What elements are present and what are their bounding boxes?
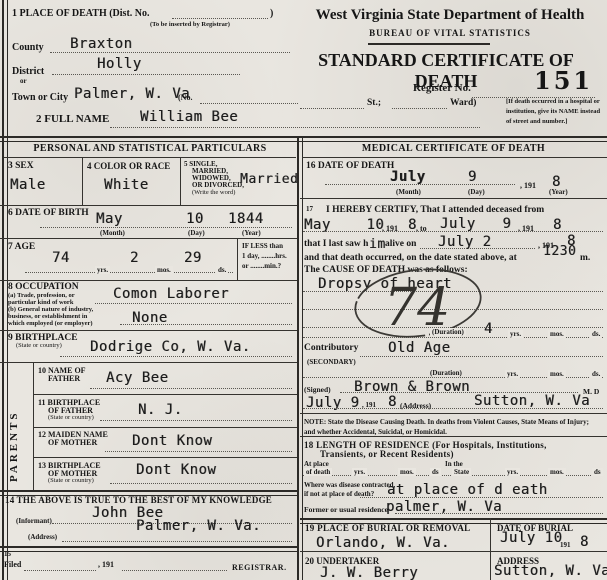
district-label: District: [12, 66, 44, 77]
dotted-line: [40, 227, 292, 228]
street-caption: St.;: [367, 98, 381, 108]
dod-191-caption: , 191: [520, 181, 536, 190]
dotted-line: [392, 108, 447, 109]
dotted-line: [105, 451, 292, 452]
occupation-a-value: Comon Laborer: [113, 286, 229, 302]
age-label: 7 AGE: [8, 242, 35, 252]
dotted-line: [303, 231, 603, 232]
occurred-time-value: 1230: [543, 244, 576, 259]
column-divider: [297, 136, 303, 580]
dotted-line: [24, 570, 96, 571]
contracted-value: at place of d eath: [387, 482, 548, 498]
dotted-line: [303, 408, 603, 409]
rule: [4, 157, 296, 158]
duration-caption: (Duration): [430, 369, 462, 377]
if-less-line-3: or ........min.?: [242, 262, 281, 270]
undertaker-value: J. W. Berry: [320, 565, 418, 580]
district-or-label: or: [20, 77, 27, 85]
district-value: Holly: [97, 56, 142, 72]
certify-number: 17: [306, 205, 313, 213]
mother-maiden-value: Dont Know: [132, 433, 212, 449]
dotted-line: [25, 272, 233, 273]
signed-caption: (Signed): [304, 385, 331, 394]
dod-month-value: July: [390, 169, 426, 185]
of-death-label: of death: [304, 468, 332, 476]
dotted-line: [110, 127, 480, 128]
sex-label: 3 SEX: [8, 161, 34, 171]
mos-caption: mos.: [155, 266, 173, 274]
rule: [0, 362, 297, 363]
day-caption: (Day): [188, 229, 205, 237]
yrs-caption: yrs.: [352, 468, 367, 476]
ds-caption: ds: [592, 468, 603, 476]
mother-birthplace-value: Dont Know: [136, 462, 216, 478]
fullname-value: William Bee: [140, 109, 238, 125]
rule: [300, 551, 607, 552]
dotted-line: [95, 303, 292, 304]
month-caption: (Month): [100, 229, 125, 237]
day-caption: (Day): [468, 188, 485, 196]
yrs-caption: yrs.: [95, 266, 110, 274]
rule: [302, 157, 607, 158]
cell-divider: [490, 518, 491, 580]
marital-value: Married: [240, 172, 298, 187]
birthplace-value: Dodrige Co, W. Va.: [90, 339, 251, 355]
dotted-line: [60, 356, 292, 357]
mos-caption: mos.: [548, 330, 566, 338]
register-no-label: Register No.: [413, 82, 471, 94]
occupation-a-label-1: (a) Trade, profession, or: [8, 292, 75, 299]
mos-caption: mos.: [548, 370, 566, 378]
lastsaw-pre-text: that I last saw h: [304, 239, 368, 249]
dotted-line: [420, 248, 535, 249]
undertaker-address-value: Sutton, W. Va: [494, 563, 607, 579]
state-country-caption: (State or country): [48, 414, 94, 421]
occupation-a-label-2: particular kind of work: [8, 299, 73, 306]
dotted-line: [360, 356, 603, 357]
dotted-line: [110, 483, 292, 484]
informant-address-value: Palmer, W. Va.: [136, 518, 261, 534]
father-name-value: Acy Bee: [106, 370, 169, 386]
county-value: Braxton: [70, 36, 133, 52]
father-name-label-2: FATHER: [48, 374, 80, 383]
dotted-line: [360, 497, 603, 498]
at-place-label: At place: [304, 460, 329, 468]
state-country-caption: (State or country): [16, 342, 62, 349]
medical-section-title: MEDICAL CERTIFICATE OF DEATH: [302, 143, 605, 154]
ward-caption: Ward): [450, 98, 476, 108]
ds-caption: ds.: [590, 370, 602, 378]
dotted-line: [200, 103, 298, 104]
department-title: West Virginia State Department of Health: [300, 7, 600, 24]
cell-divider: [82, 158, 83, 205]
mother-maiden-label-2: OF MOTHER: [48, 438, 97, 447]
dotted-line: [325, 184, 515, 185]
duration-caption: (Duration): [430, 328, 466, 336]
race-label: 4 COLOR OR RACE: [87, 161, 170, 171]
dob-label: 6 DATE OF BIRTH: [8, 208, 89, 218]
cell-divider: [180, 158, 181, 205]
register-no-value: 151: [534, 66, 593, 95]
dotted-line: [172, 18, 268, 19]
dotted-line: [300, 108, 364, 109]
place-of-death-paren: ): [270, 8, 273, 19]
town-or-city-value: Palmer, W. Va: [74, 86, 190, 102]
lastsaw-post-text: alive on: [385, 239, 416, 249]
rule: [0, 330, 297, 331]
death-certificate-document: 1 PLACE OF DEATH (Dist. No. ) (To be ins…: [0, 0, 607, 580]
hospital-note: [If death occurred in a hospital or inst…: [506, 97, 602, 127]
personal-section-title: PERSONAL AND STATISTICAL PARTICULARS: [4, 143, 296, 154]
state-label: State: [452, 468, 471, 476]
burial-year-suffix-value: 8: [580, 534, 589, 550]
race-value: White: [104, 177, 149, 193]
rule: [0, 546, 297, 552]
town-no-caption: (No.: [178, 93, 192, 102]
registrar-caption: REGISTRAR.: [232, 563, 287, 572]
dob-month-value: May: [96, 211, 123, 227]
rule: [300, 198, 607, 199]
rule: [300, 436, 607, 437]
in-the-label: In the: [445, 460, 463, 468]
bureau-rule: [368, 43, 490, 45]
town-or-city-label: Town or City: [12, 92, 68, 103]
former-residence-label: Former or usual residence: [304, 505, 388, 514]
occupation-label: 8 OCCUPATION: [8, 282, 79, 292]
if-less-line-1: IF LESS than: [242, 242, 283, 250]
rule: [0, 238, 297, 239]
state-country-caption: (State or country): [48, 477, 94, 484]
yrs-caption: yrs.: [505, 370, 520, 378]
dob-day-value: 10: [186, 211, 204, 227]
dotted-line: [395, 513, 603, 514]
mos-caption: mos.: [548, 468, 566, 476]
certify-text: I HEREBY CERTIFY, That I attended deceas…: [326, 205, 544, 215]
affirm-label: 14 THE ABOVE IS TRUE TO THE BEST OF MY K…: [5, 495, 272, 505]
parents-label: PARENTS: [8, 378, 20, 482]
rule: [0, 280, 297, 281]
note-text: NOTE: State the Disease Causing Death. I…: [304, 417, 600, 437]
marital-label-4: OR DIVORCED,: [192, 181, 244, 189]
year-caption: (Year): [549, 188, 568, 196]
address-caption: (Address): [28, 533, 57, 541]
signed-address-value: Sutton, W. Va: [474, 393, 590, 409]
bureau-subtitle: BUREAU OF VITAL STATISTICS: [300, 28, 600, 38]
dod-day-value: 9: [468, 169, 477, 185]
header-divider: [0, 136, 607, 142]
cell-divider: [237, 238, 238, 280]
place-of-death-label: 1 PLACE OF DEATH (Dist. No.: [12, 8, 150, 19]
dotted-line: [62, 541, 292, 542]
rule: [33, 427, 297, 428]
ds-caption: ds.: [590, 330, 602, 338]
fullname-label: 2 FULL NAME: [36, 113, 109, 125]
dotted-line: [52, 74, 240, 75]
year-caption: (Year): [242, 229, 261, 237]
yrs-caption: yrs.: [505, 468, 520, 476]
if-less-line-2: 1 day, ........hrs.: [242, 252, 287, 260]
month-caption: (Month): [396, 188, 421, 196]
lastsaw-him-value: im: [369, 237, 386, 252]
marital-note: (Write the word): [192, 189, 235, 196]
dotted-line: [122, 570, 227, 571]
registrar-insert-note: (To be inserted by Registrar): [150, 21, 230, 28]
rule: [33, 394, 297, 395]
ds-caption: ds.: [216, 266, 228, 274]
filed-label: Filed: [4, 560, 21, 569]
occurred-text: and that death occurred, on the date sta…: [304, 253, 517, 263]
county-label: County: [12, 42, 44, 53]
occupation-b-label-3: which employed (or employer): [8, 320, 93, 327]
age-months-value: 2: [130, 250, 139, 266]
age-days-value: 29: [184, 250, 202, 266]
age-years-value: 74: [52, 250, 70, 266]
yrs-caption: yrs.: [508, 330, 523, 338]
filed-191-caption: , 191: [98, 560, 114, 569]
dotted-line: [50, 52, 290, 53]
dotted-line: [120, 324, 292, 325]
occupation-b-label-2: business, or establishment in: [8, 313, 87, 320]
mos-caption: mos.: [398, 468, 416, 476]
burial-label: 19 PLACE OF BURIAL OR REMOVAL: [305, 523, 470, 533]
dod-label: 16 DATE OF DEATH: [306, 161, 394, 171]
occurred-m-caption: m.: [580, 253, 590, 263]
rule: [33, 457, 297, 458]
informant-caption: (Informant): [16, 517, 52, 525]
attended-to-value: July 9: [440, 216, 511, 232]
filed-number: 15: [4, 550, 11, 558]
burial-191-caption: 191: [560, 541, 571, 549]
sex-value: Male: [10, 177, 46, 193]
father-birthplace-value: N. J.: [138, 402, 183, 418]
contracted-label-1: Where was disease contracted,: [304, 481, 395, 489]
occupation-b-label-1: (b) General nature of industry,: [8, 306, 93, 313]
residence-label-2: Transients, or Recent Residents): [320, 449, 454, 459]
secondary-caption: (SECONDARY): [307, 358, 356, 366]
rule: [0, 205, 297, 206]
burial-date-value: July 10: [500, 530, 563, 546]
dotted-line: [90, 388, 292, 389]
rule: [300, 413, 607, 414]
burial-value: Orlando, W. Va.: [316, 535, 450, 551]
dotted-line: [100, 420, 292, 421]
handwritten-circle-annotation: 74: [350, 265, 490, 345]
dob-year-value: 1844: [228, 211, 264, 227]
ds-caption: ds: [430, 468, 441, 476]
